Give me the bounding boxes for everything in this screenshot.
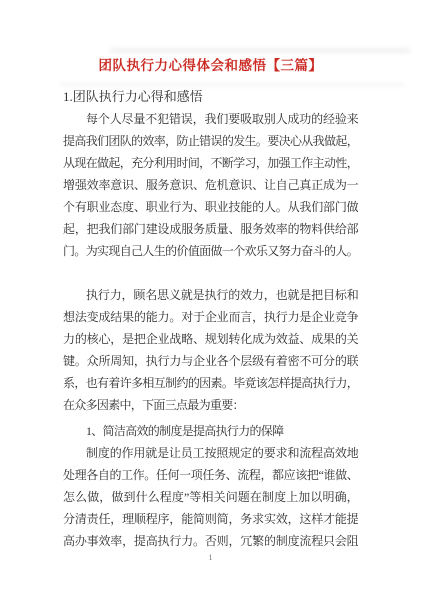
paragraph-4: 制度的作用就是让员工按照规定的要求和流程高效地 处理各自的工作。任何一项任务、流…: [63, 442, 358, 552]
text-line: 处理各自的工作。任何一项任务、流程，都应该把“谁做、: [63, 464, 358, 486]
text-line: 增强效率意识、服务意识、危机意识、让自己真正成为一: [63, 174, 358, 196]
page-number: 1: [63, 553, 358, 563]
text-line: 每个人尽量不犯错误，我们要吸取别人成功的经验来: [63, 108, 358, 130]
text-line: 1、简洁高效的制度是提高执行力的保障: [63, 420, 358, 442]
text-line: 系，也有着许多相互制约的因素。毕竟该怎样提高执行力，: [63, 372, 358, 394]
text-line: 门。为实现自己人生的价值面做一个欢乐又努力奋斗的人。: [63, 240, 358, 262]
text-line: 从现在做起，充分利用时间，不断学习，加强工作主动性，: [63, 152, 358, 174]
paragraph-2: 执行力，顾名思义就是执行的效力，也就是把目标和 想法变成结果的能力。对于企业而言…: [63, 284, 358, 416]
paragraph-1: 每个人尽量不犯错误，我们要吸取别人成功的经验来 提高我们团队的效率，防止错误的发…: [63, 108, 358, 262]
text-line: 个有职业态度、职业行为、职业技能的人。从我们部门做: [63, 196, 358, 218]
text-line: 高办事效率，提高执行力。否则，冗繁的制度流程只会阻: [63, 530, 358, 552]
text-line: 起，把我们部门建设成服务质量、服务效率的物料供给部: [63, 218, 358, 240]
document-page: 团队执行力心得体会和感悟【三篇】 1.团队执行力心得和感悟 每个人尽量不犯错误，…: [0, 0, 423, 600]
scan-artifact: [60, 83, 405, 86]
text-line: 制度的作用就是让员工按照规定的要求和流程高效地: [63, 442, 358, 464]
text-line: 分清责任，理顺程序，能简则简，务求实效，这样才能提: [63, 508, 358, 530]
text-line: 力的核心，是把企业战略、规划转化成为效益、成果的关: [63, 328, 358, 350]
scan-artifact: [110, 48, 410, 53]
text-line: 怎么做，做到什么程度”等相关问题在制度上加以明确，: [63, 486, 358, 508]
text-line: 在众多因素中，下面三点最为重要：: [63, 394, 358, 416]
section-heading: 1.团队执行力心得和感悟: [63, 88, 358, 106]
text-line: 键。众所周知，执行力与企业各个层级有着密不可分的联: [63, 350, 358, 372]
text-line: 提高我们团队的效率，防止错误的发生。要决心从我做起，: [63, 130, 358, 152]
text-line: 想法变成结果的能力。对于企业而言，执行力是企业竞争: [63, 306, 358, 328]
text-line: 执行力，顾名思义就是执行的效力，也就是把目标和: [63, 284, 358, 306]
document-title: 团队执行力心得体会和感悟【三篇】: [63, 56, 358, 76]
paragraph-3-subheading: 1、简洁高效的制度是提高执行力的保障: [63, 420, 358, 442]
